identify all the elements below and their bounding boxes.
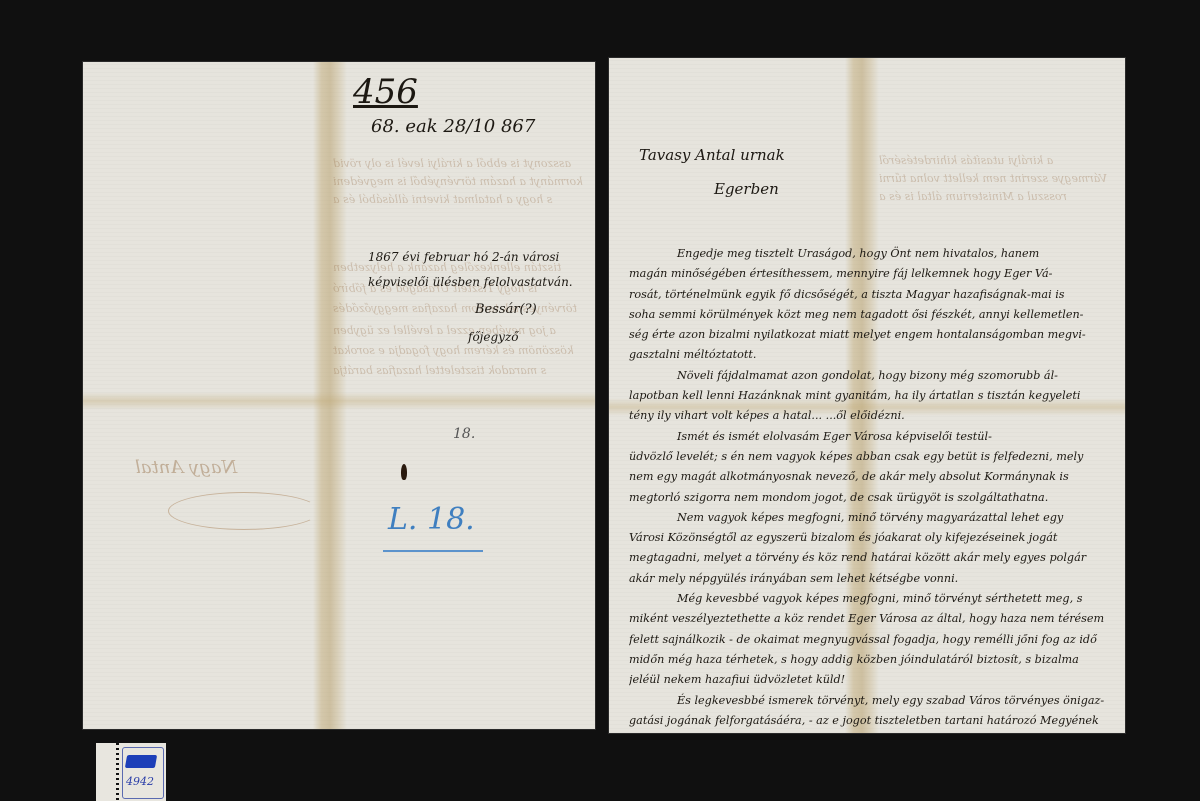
blue-shelfmark: L. 18. <box>388 502 475 537</box>
bleed-through-text: s maradok tisztelettel hazafias barátja <box>333 364 546 377</box>
addressee: Tavasy Antal urnak <box>639 146 785 164</box>
letter-body: Engedje meg tisztelt Uraságod, hogy Önt … <box>629 244 1117 733</box>
letter-line: Növeli fájdalmamat azon gondolat, hogy b… <box>629 366 1117 386</box>
bleed-through-text: a jog nevében ezzel a levéllel ez ügyben <box>333 324 556 337</box>
letter-line: És legkevesbbé ismerek törvényt, mely eg… <box>629 691 1117 711</box>
letter-line: Városi Közönségtől az egyszerü bizalom é… <box>629 528 1117 548</box>
signature: Bessár(?) <box>475 302 537 317</box>
letter-line: magán minőségében értesíthessem, mennyir… <box>629 264 1117 284</box>
note-line: 1867 évi februar hó 2-án városi <box>368 250 559 264</box>
bleed-through-text: s hogy a hatalmat kivetni állásából és a <box>333 193 552 206</box>
letter-line: Nem vagyok képes megfogni, minő törvény … <box>629 508 1117 528</box>
letter-line: Még kevesbbé vagyok képes megfogni, minő… <box>629 589 1117 609</box>
blue-underline <box>383 550 483 552</box>
letter-line: midőn még haza térhetek, s hogy addig kö… <box>629 650 1117 670</box>
location: Egerben <box>714 180 779 198</box>
letter-line: ség érte azon bizalmi nyilatkozat miatt … <box>629 325 1117 345</box>
letter-line: soha semmi körülmények közt meg nem taga… <box>629 305 1117 325</box>
letter-line: miként veszélyeztethette a köz rendet Eg… <box>629 609 1117 629</box>
letter-line: gasztalni méltóztatott. <box>629 345 1117 365</box>
horizontal-fold-stain <box>83 392 595 410</box>
letter-line: megtorló szigorra nem mondom jogot, de c… <box>629 488 1117 508</box>
bleed-through-text: a királyi utasítás kihirdetéséről <box>879 154 1053 167</box>
letter-line: nem egy magát alkotmányosnak nevező, de … <box>629 467 1117 487</box>
letter-line: üdvözlő levelét; s én nem vagyok képes a… <box>629 447 1117 467</box>
letter-line: lapotban kell lenni Hazánknak mint gyani… <box>629 386 1117 406</box>
signature-title: főjegyző <box>468 330 519 344</box>
bleed-through-signature: Nagy Antal <box>135 457 237 478</box>
bleed-through-text: rosszul a Ministerium által is és a <box>879 190 1067 203</box>
right-page: a királyi utasítás kihirdetéséről Vármeg… <box>609 58 1125 733</box>
ink-blot <box>401 464 407 480</box>
letter-line: akár mely népgyülés irányában sem lehet … <box>629 569 1117 589</box>
note-line: képviselői ülésben felolvastatván. <box>368 275 573 289</box>
bleed-through-text: Vármegye szerint nem kellett volna tűrni <box>879 172 1107 185</box>
letter-line: rosát, történelmünk egyik fő dicsőségét,… <box>629 285 1117 305</box>
letter-line: megtagadni, melyet a törvény és köz rend… <box>629 548 1117 568</box>
bleed-through-text: törvényesnek tartom hazafias meggyőződés <box>333 302 577 315</box>
stamp-number: 4942 <box>126 775 154 788</box>
archive-number: 456 <box>353 72 418 112</box>
bleed-through-text: kormányt a hazám törvényéből is megvéden… <box>333 175 583 188</box>
archive-stamp: 4942 <box>96 743 166 801</box>
bleed-through-flourish <box>168 492 320 530</box>
letter-line: kezeiből a közigazgatásnak és a törvénye… <box>629 731 1117 733</box>
pencil-number: 18. <box>453 426 475 442</box>
letter-line: felett sajnálkozik - de okaimat megnyugv… <box>629 630 1117 650</box>
letter-line: Engedje meg tisztelt Uraságod, hogy Önt … <box>629 244 1117 264</box>
bleed-through-text: köszönöm és kérem hogy fogadja e sorokat <box>333 344 574 357</box>
bleed-through-text: asszonyt is ebből a királyi levél is oly… <box>333 157 571 170</box>
letter-line: Ismét és ismét elolvasám Eger Városa kép… <box>629 427 1117 447</box>
letter-line: jeléül nekem hazafiui üdvözletet küld! <box>629 670 1117 690</box>
stamp-ink-blot <box>125 755 157 768</box>
stamp-perforation <box>116 743 119 801</box>
reference-line: 68. eak 28/10 867 <box>371 116 535 137</box>
left-page: asszonyt is ebből a királyi levél is oly… <box>83 62 595 729</box>
letter-line: tény ily vihart volt képes a hatal... ..… <box>629 406 1117 426</box>
letter-line: gatási jogának felforgatásáéra, - az e j… <box>629 711 1117 731</box>
